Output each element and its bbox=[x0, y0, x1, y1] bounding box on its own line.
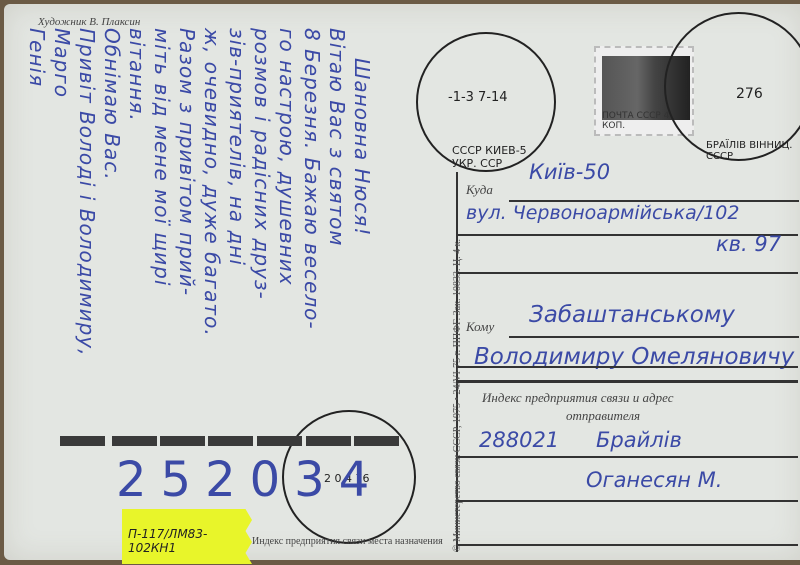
sender-town: Брайлів bbox=[596, 428, 682, 452]
artist-credit: Художник В. Плаксин bbox=[38, 16, 140, 28]
to-apartment: кв. 97 bbox=[716, 232, 781, 256]
sender-name: Оганесян М. bbox=[586, 468, 722, 492]
message-line: Шановна Нюся! bbox=[350, 58, 374, 236]
message-line: Вітаю Вас з святом bbox=[325, 28, 349, 247]
message-line: Разом з привітом прий- bbox=[175, 28, 199, 296]
postmark-date: 276 bbox=[736, 86, 763, 102]
index-bar bbox=[160, 436, 205, 446]
index-label: Индекс предприятия связи места назначени… bbox=[252, 536, 443, 547]
address-line bbox=[458, 366, 798, 368]
sender-index: 288021 bbox=[479, 428, 559, 452]
address-line bbox=[458, 500, 798, 502]
postcard: Художник В. Плаксин Шановна Нюся!Вітаю В… bbox=[4, 4, 800, 560]
message-line: 8 Березня. Бажаю весело- bbox=[300, 28, 324, 330]
address-line bbox=[509, 336, 799, 338]
index-digits: 252034 bbox=[116, 452, 383, 508]
to-street: вул. Червоноармійська/102 bbox=[466, 202, 739, 224]
message-line: Привіт Володі і Володимиру, bbox=[75, 28, 99, 357]
index-bar bbox=[112, 436, 157, 446]
message-line: розмов і радісних друз- bbox=[250, 28, 274, 300]
whom-label: Кому bbox=[466, 319, 494, 335]
postmark-vinnytsia: 276 БРАЇЛІВ ВІННИЦ. СССР bbox=[664, 12, 800, 161]
index-bar bbox=[208, 436, 253, 446]
message-line: вітання. bbox=[125, 28, 149, 122]
message-line: зів-приятелів, на дні bbox=[225, 28, 249, 266]
postmark-date: -1-3 7-14 bbox=[448, 90, 508, 105]
postmark-ring-text: БРАЇЛІВ ВІННИЦ. СССР bbox=[706, 140, 800, 162]
message-line: Генія bbox=[25, 28, 49, 87]
sender-label: Индекс предприятия связи и адрес bbox=[482, 390, 674, 406]
to-label: Куда bbox=[466, 182, 493, 198]
message-line: го настрою, душевних bbox=[275, 28, 299, 286]
message-line: Марго bbox=[50, 28, 74, 98]
handwritten-message: Шановна Нюся!Вітаю Вас з святом8 Березня… bbox=[44, 28, 424, 428]
index-bar bbox=[257, 436, 302, 446]
address-line bbox=[458, 544, 798, 546]
index-bar bbox=[60, 436, 105, 446]
postmark-kyiv: -1-3 7-14 СССР КИЕВ-5 УКР. ССР bbox=[416, 32, 556, 172]
sender-label-2: отправителя bbox=[566, 408, 640, 424]
address-line bbox=[458, 456, 798, 458]
index-bar bbox=[354, 436, 399, 446]
address-line bbox=[458, 380, 798, 383]
recipient-surname: Забаштанському bbox=[529, 302, 735, 328]
message-line: Обнімаю Вас. bbox=[100, 28, 124, 181]
publisher-line: © Министерство связи СССР, 1975 • 24/VI-… bbox=[452, 239, 463, 552]
sticker-text: П-117/ЛМ83-102КН1 bbox=[128, 527, 252, 555]
price-sticker: П-117/ЛМ83-102КН1 bbox=[122, 509, 252, 564]
message-line: міть від мене мої щирі bbox=[150, 28, 174, 286]
address-line bbox=[458, 272, 798, 274]
to-city: Київ-50 bbox=[529, 160, 610, 184]
message-line: ж, очевидно, дуже багато. bbox=[200, 28, 224, 337]
index-bar bbox=[306, 436, 351, 446]
